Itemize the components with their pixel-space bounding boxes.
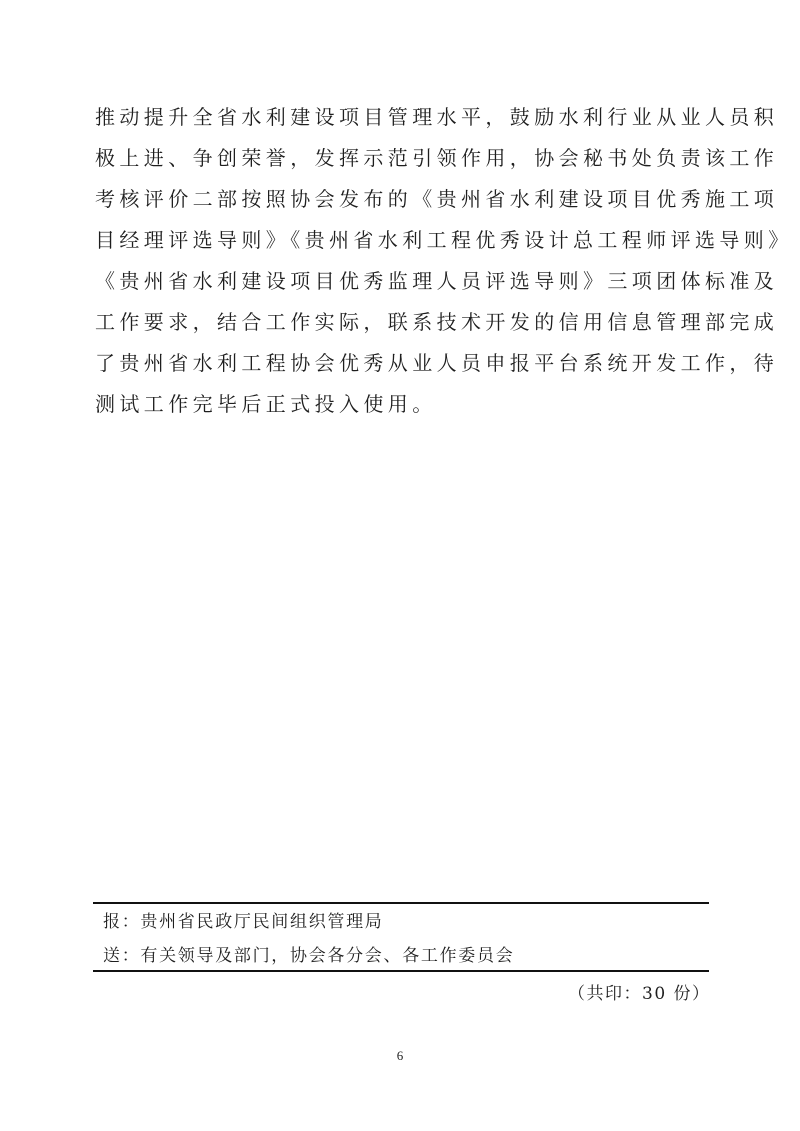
body-line: 极上进、争创荣誉，发挥示范引领作用，协会秘书处负责该工作 <box>95 138 715 179</box>
body-line: 目经理评选导则》《贵州省水利工程优秀设计总工程师评选导则》 <box>95 220 715 261</box>
body-line: 工作要求，结合工作实际，联系技术开发的信用信息管理部完成 <box>95 302 715 343</box>
body-line: 了贵州省水利工程协会优秀从业人员申报平台系统开发工作，待 <box>95 343 715 384</box>
print-count: （共印：30 份） <box>568 983 711 1005</box>
body-line: 测试工作完毕后正式投入使用。 <box>95 384 715 425</box>
report-to-line: 报：贵州省民政厅民间组织管理局 <box>103 912 384 932</box>
document-page: 推动提升全省水利建设项目管理水平，鼓励水利行业从业人员积 极上进、争创荣誉，发挥… <box>0 0 800 1131</box>
body-paragraph: 推动提升全省水利建设项目管理水平，鼓励水利行业从业人员积 极上进、争创荣誉，发挥… <box>95 97 715 425</box>
body-line: 推动提升全省水利建设项目管理水平，鼓励水利行业从业人员积 <box>95 97 715 138</box>
distribution-block: 报：贵州省民政厅民间组织管理局 送：有关领导及部门，协会各分会、各工作委员会 <box>93 902 709 972</box>
body-line: 考核评价二部按照协会发布的《贵州省水利建设项目优秀施工项 <box>95 179 715 220</box>
page-number: 6 <box>392 1047 408 1065</box>
body-line: 《贵州省水利建设项目优秀监理人员评选导则》三项团体标准及 <box>95 261 715 302</box>
send-to-line: 送：有关领导及部门，协会各分会、各工作委员会 <box>103 946 514 966</box>
